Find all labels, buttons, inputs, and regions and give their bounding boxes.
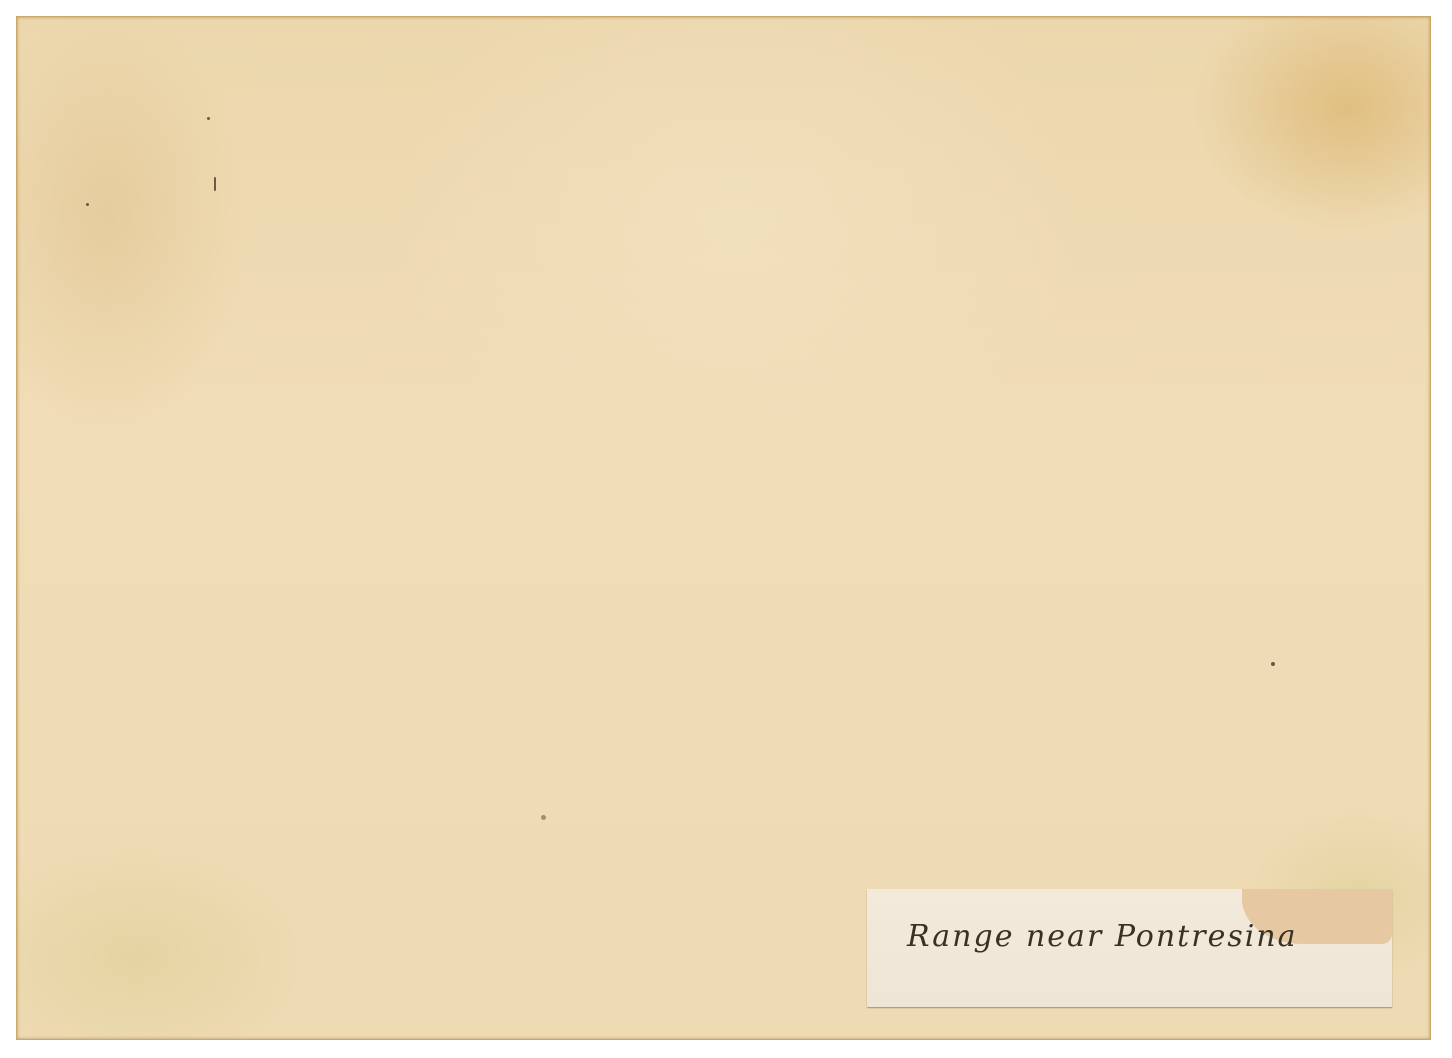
speck <box>86 203 89 206</box>
speck <box>207 117 210 120</box>
ink-mark <box>214 177 216 191</box>
handwritten-label: Range near Pontresina <box>867 889 1392 1007</box>
aged-paper-card: Range near Pontresina <box>16 16 1431 1040</box>
label-text: Range near Pontresina <box>907 919 1298 954</box>
speck <box>541 815 546 820</box>
speck <box>1271 662 1275 666</box>
